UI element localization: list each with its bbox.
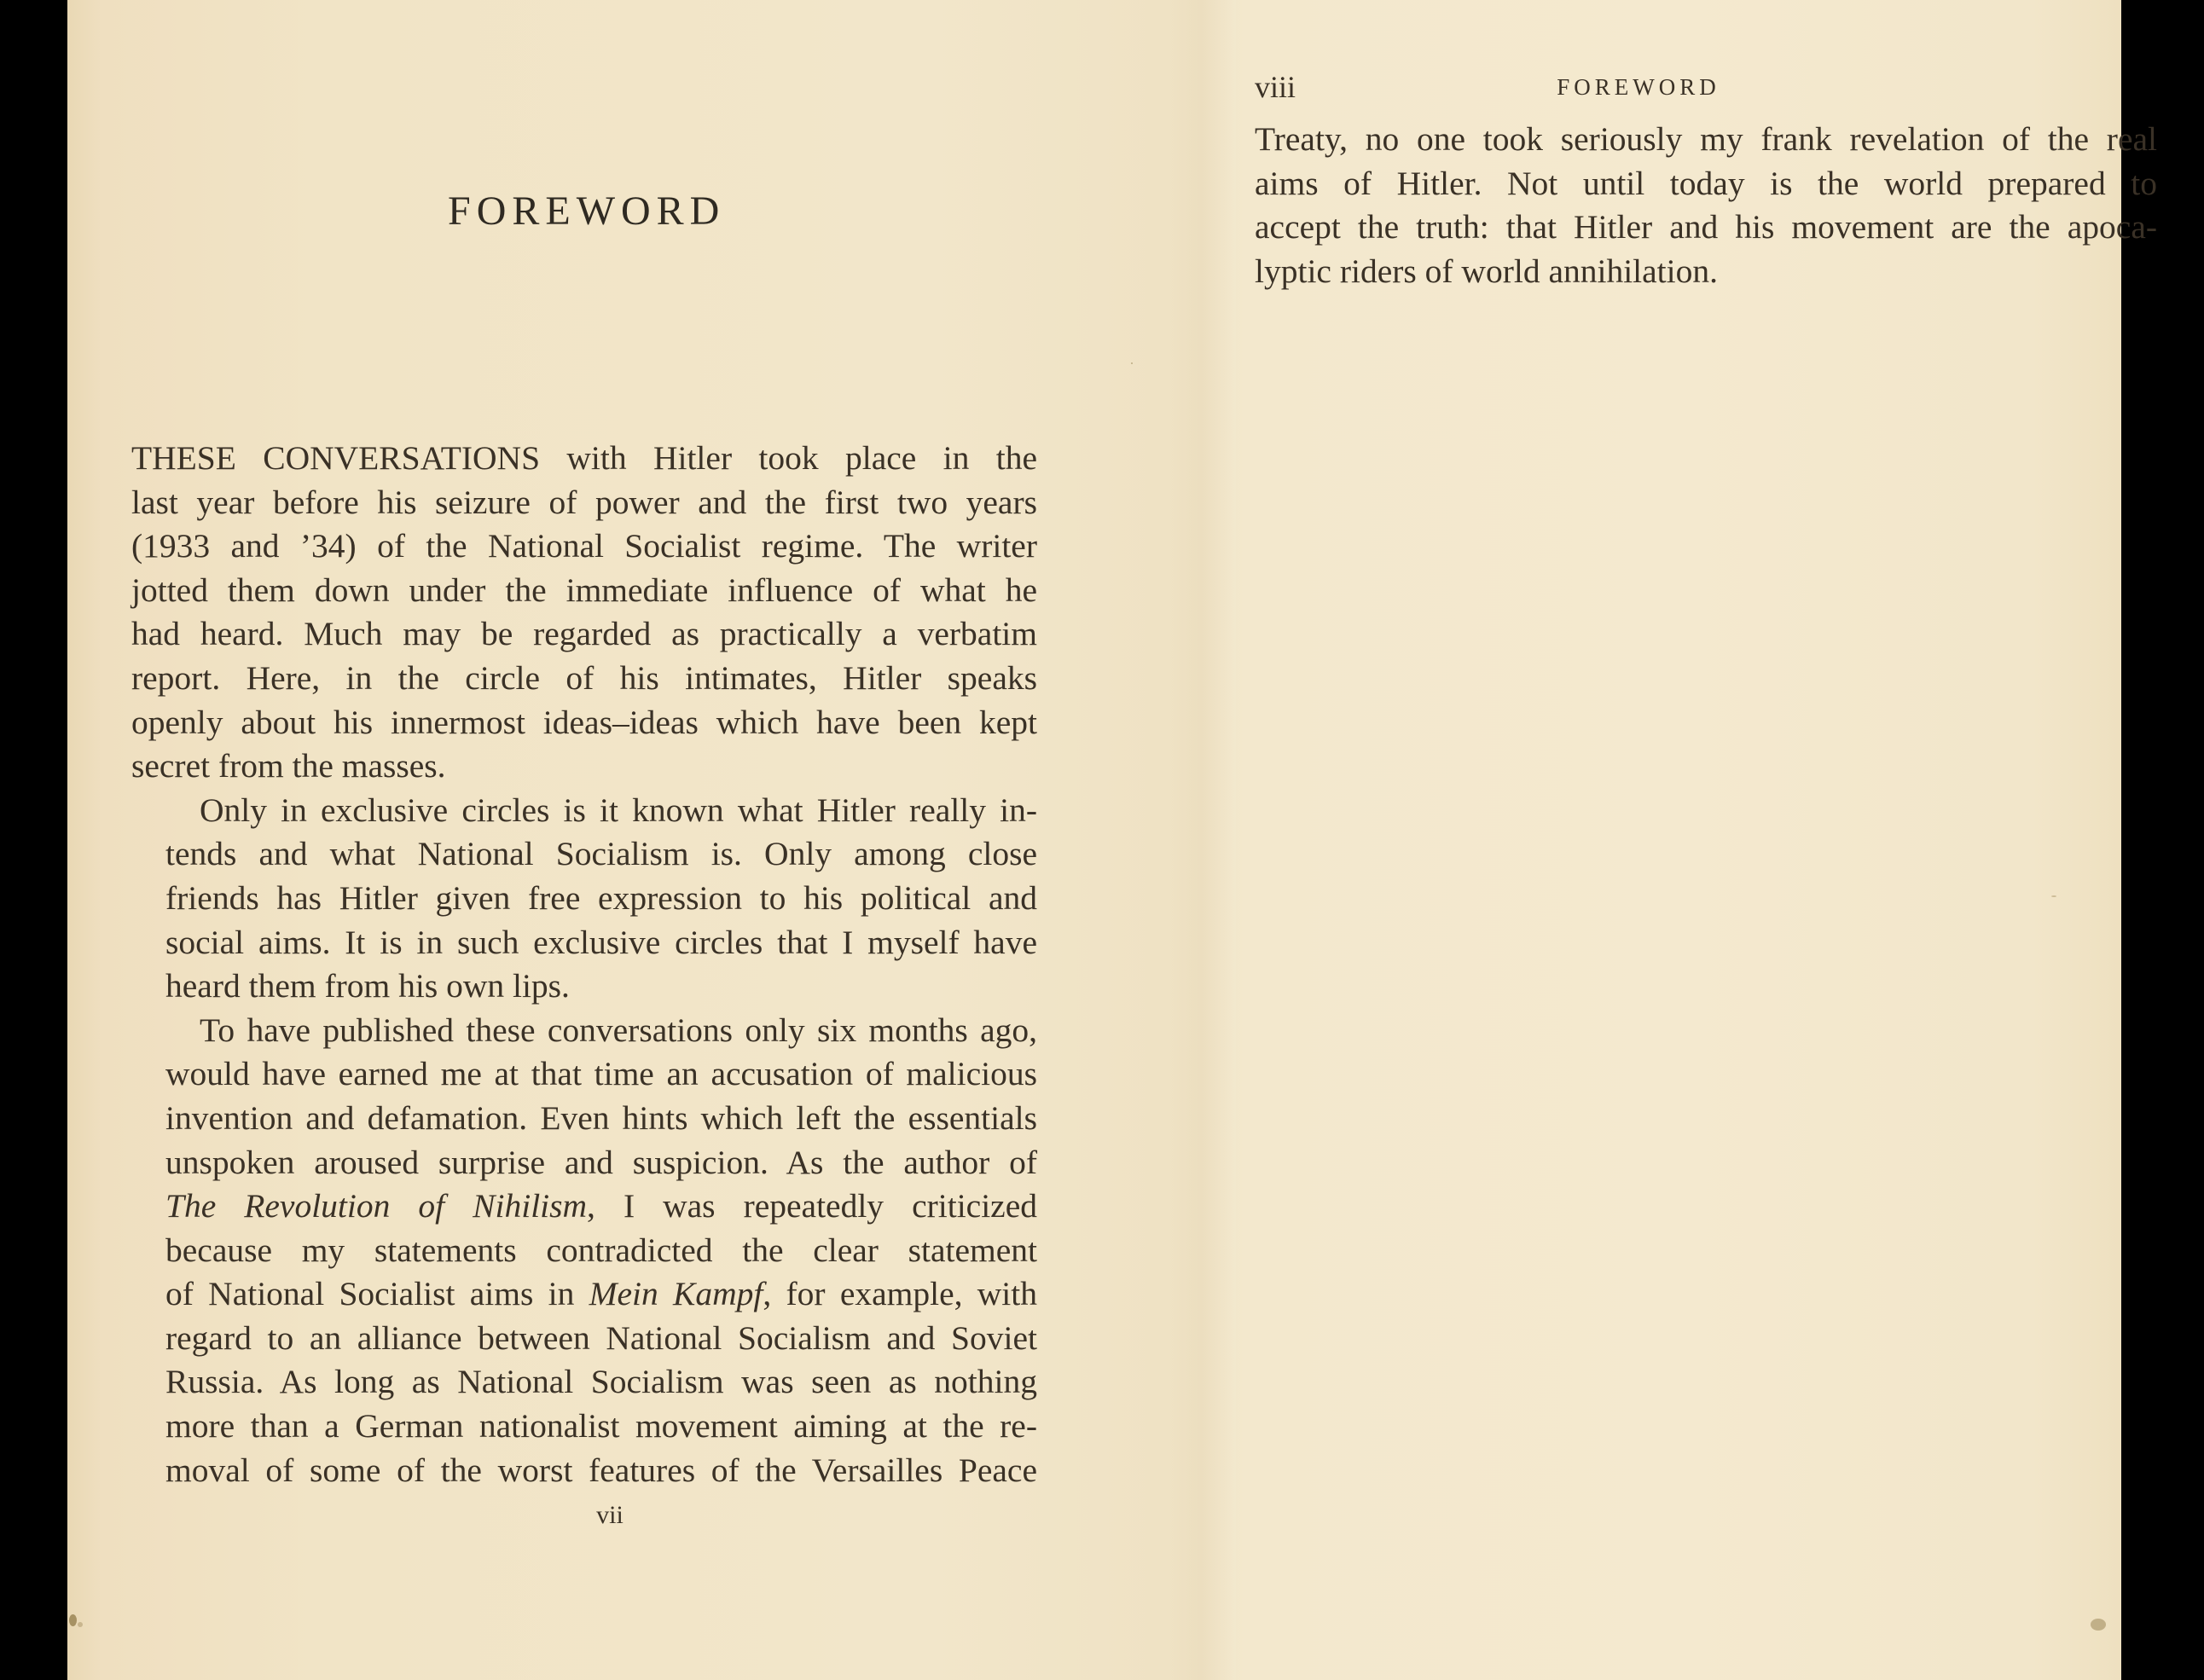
text-line: unspoken aroused surprise and suspicion.… (131, 1141, 1037, 1185)
text-line: Only in exclusive circles is it known wh… (131, 789, 1037, 833)
paper-blemish (69, 1614, 77, 1626)
text-line: social aims. It is in such exclusive cir… (131, 921, 1037, 965)
text-line: report. Here, in the circle of his intim… (131, 657, 1037, 701)
text-line: Russia. As long as National Socialism wa… (131, 1360, 1037, 1405)
left-page-body: THESE CONVERSATIONS with Hitler took pla… (131, 437, 1037, 1492)
text-line: secret from the masses. (131, 744, 1037, 789)
paper-blemish (1131, 362, 1133, 364)
text-line: Treaty, no one took seriously my frank r… (1255, 118, 2157, 162)
text-line: THESE CONVERSATIONS with Hitler took pla… (131, 437, 1037, 481)
book-title-italic: Mein Kampf (589, 1275, 763, 1312)
running-title: FOREWORD (1528, 72, 1749, 102)
text-line: invention and defamation. Even hints whi… (131, 1097, 1037, 1141)
book-title-italic: The Revolution of Nihilism (165, 1187, 587, 1225)
text-line: accept the truth: that Hitler and his mo… (1255, 206, 2157, 250)
lead-words: THESE CONVERSATIONS (131, 439, 540, 477)
text-line: more than a German nationalist movement … (131, 1405, 1037, 1449)
left-page: FOREWORD THESE CONVERSATIONS with Hitler… (67, 0, 1168, 1680)
paper-blemish (2051, 895, 2056, 897)
paragraph-3: To have published these conversations on… (131, 1009, 1037, 1493)
text-line: (1933 and ’34) of the National Socialist… (131, 524, 1037, 569)
text-line: friends has Hitler given free expression… (131, 877, 1037, 921)
paper-blemish (2091, 1619, 2106, 1631)
text-line: because my statements contradicted the c… (131, 1229, 1037, 1273)
paragraph-1: THESE CONVERSATIONS with Hitler took pla… (131, 437, 1037, 789)
text-line: aims of Hitler. Not until today is the w… (1255, 162, 2157, 206)
text-line: openly about his innermost ideas–ideas w… (131, 701, 1037, 745)
right-page: viii FOREWORD Treaty, no one took seriou… (1168, 0, 2121, 1680)
text-line: had heard. Much may be regarded as pract… (131, 612, 1037, 657)
text-line: regard to an alliance between National S… (131, 1317, 1037, 1361)
book-spread: FOREWORD THESE CONVERSATIONS with Hitler… (67, 0, 2121, 1680)
text-line: heard them from his own lips. (131, 965, 1037, 1009)
chapter-title: FOREWORD (448, 189, 704, 234)
text-line: To have published these conversations on… (131, 1009, 1037, 1053)
text-line: lyptic riders of world annihilation. (1255, 250, 2157, 294)
text-line: jotted them down under the immediate inf… (131, 569, 1037, 613)
text-line: The Revolution of Nihilism, I was repeat… (131, 1185, 1037, 1229)
paper-blemish (78, 1622, 83, 1627)
page-number-top: viii (1255, 68, 1296, 106)
text-line: moval of some of the worst features of t… (131, 1449, 1037, 1493)
text-line: would have earned me at that time an acc… (131, 1052, 1037, 1097)
text-line: tends and what National Socialism is. On… (131, 832, 1037, 877)
page-number-bottom: vii (567, 1501, 652, 1530)
running-header: viii FOREWORD (1255, 68, 2157, 106)
right-page-body: Treaty, no one took seriously my frank r… (1255, 118, 2157, 293)
text-line: last year before his seizure of power an… (131, 481, 1037, 525)
paragraph-2: Only in exclusive circles is it known wh… (131, 789, 1037, 1009)
text-line: of National Socialist aims in Mein Kampf… (131, 1272, 1037, 1317)
